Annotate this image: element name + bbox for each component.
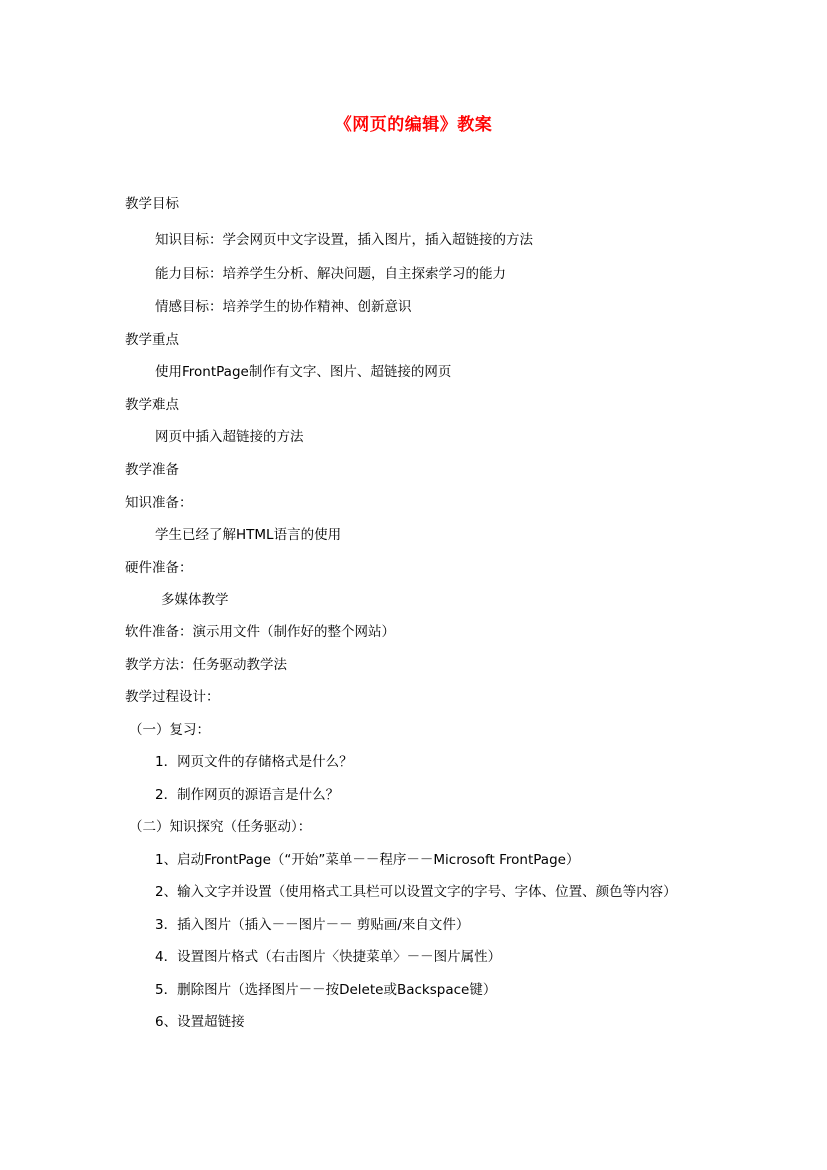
- exploration-item: 5．删除图片（选择图片－－按Delete或Backspace键）: [155, 981, 496, 999]
- hardware-prep-label: 硬件准备：: [125, 559, 193, 577]
- review-heading: （一）复习：: [129, 721, 210, 739]
- document-title: 《网页的编辑》教案: [0, 110, 827, 135]
- knowledge-prep-label: 知识准备：: [125, 494, 193, 512]
- section-heading-key-points: 教学重点: [125, 331, 179, 349]
- teaching-method: 教学方法：任务驱动教学法: [125, 656, 287, 674]
- goal-emotion: 情感目标：培养学生的协作精神、创新意识: [155, 298, 412, 316]
- knowledge-prep-content: 学生已经了解HTML语言的使用: [155, 526, 341, 544]
- exploration-heading: （二）知识探究（任务驱动）：: [129, 818, 311, 836]
- exploration-item: 2、输入文字并设置（使用格式工具栏可以设置文字的字号、字体、位置、颜色等内容）: [155, 883, 677, 901]
- exploration-item: 3．插入图片（插入－－图片－－ 剪贴画/来自文件）: [155, 916, 469, 934]
- review-item: 1．网页文件的存储格式是什么？: [155, 753, 353, 771]
- difficulties-content: 网页中插入超链接的方法: [155, 428, 304, 446]
- hardware-prep-content: 多媒体教学: [161, 591, 229, 609]
- key-points-content: 使用FrontPage制作有文字、图片、超链接的网页: [155, 363, 451, 381]
- exploration-item: 4．设置图片格式（右击图片〈快捷菜单〉－－图片属性）: [155, 948, 501, 966]
- section-heading-teaching-goals: 教学目标: [125, 195, 179, 213]
- section-heading-process: 教学过程设计：: [125, 688, 220, 706]
- goal-ability: 能力目标：培养学生分析、解决问题，自主探索学习的能力: [155, 265, 506, 283]
- exploration-item: 6、设置超链接: [155, 1013, 245, 1031]
- exploration-item: 1、启动FrontPage（“开始”菜单－－程序－－Microsoft Fron…: [155, 851, 579, 869]
- goal-knowledge: 知识目标：学会网页中文字设置，插入图片，插入超链接的方法: [155, 231, 533, 249]
- section-heading-difficulties: 教学难点: [125, 396, 179, 414]
- section-heading-preparation: 教学准备: [125, 461, 179, 479]
- software-prep: 软件准备：演示用文件（制作好的整个网站）: [125, 623, 395, 641]
- review-item: 2．制作网页的源语言是什么？: [155, 786, 339, 804]
- document-page: 《网页的编辑》教案 教学目标 知识目标：学会网页中文字设置，插入图片，插入超链接…: [0, 0, 827, 1170]
